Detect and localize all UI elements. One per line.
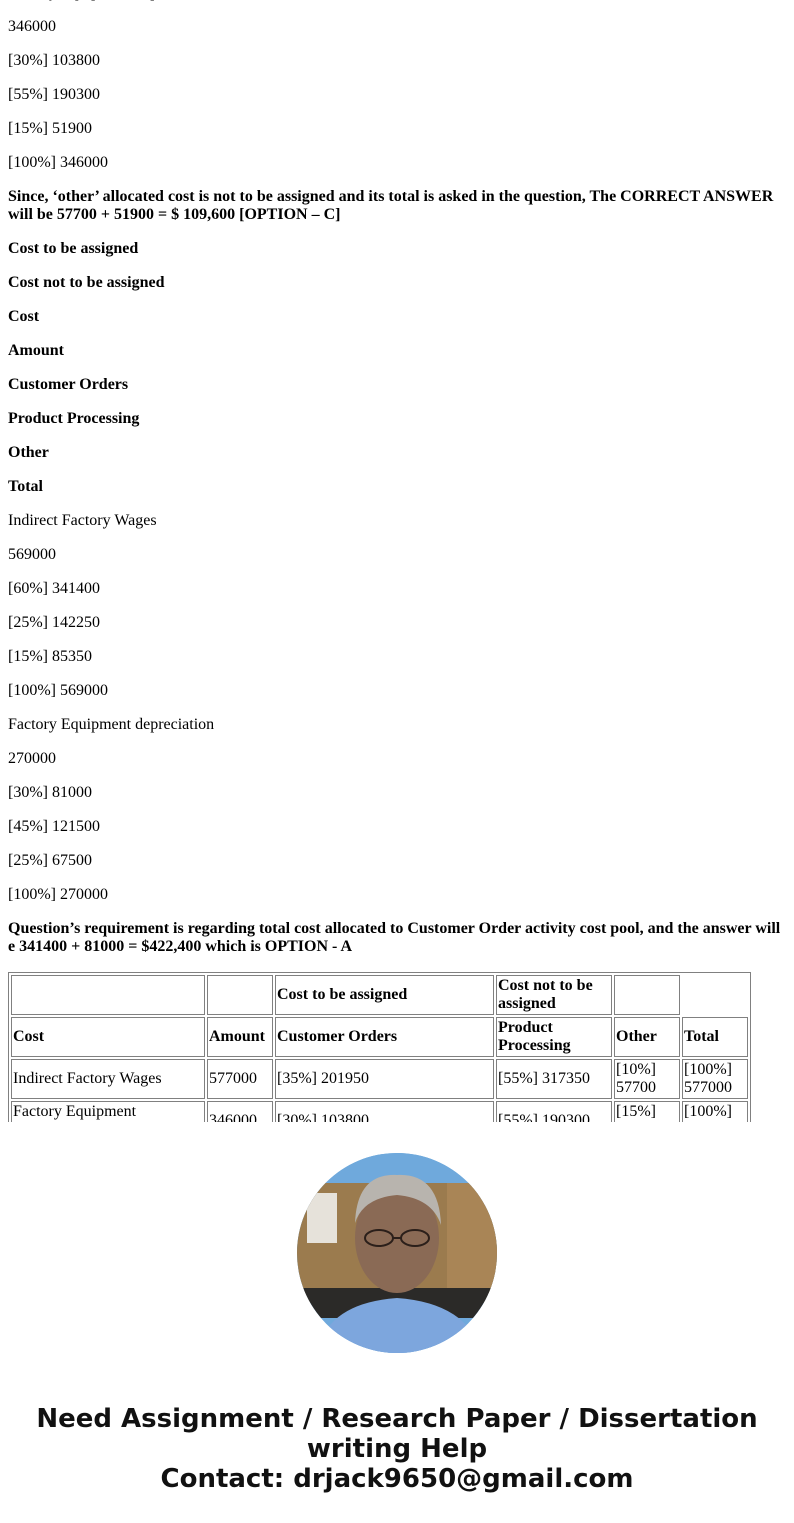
table-header-cell: Customer Orders xyxy=(275,1017,494,1057)
table-cell: [100%] 346000 xyxy=(682,1101,748,1122)
contact-banner: Need Assignment / Research Paper / Disse… xyxy=(0,1404,794,1494)
text-line: [100%] 346000 xyxy=(8,154,786,172)
table-cell xyxy=(207,975,273,1015)
table-row: Indirect Factory Wages 577000 [35%] 2019… xyxy=(11,1059,748,1099)
header-line: Other xyxy=(8,444,786,462)
text-line: 569000 xyxy=(8,546,786,564)
table-cell: Indirect Factory Wages xyxy=(11,1059,205,1099)
cta-headline: Need Assignment / Research Paper / Disse… xyxy=(0,1404,794,1464)
text-line: [30%] 103800 xyxy=(8,52,786,70)
table-cell: 577000 xyxy=(207,1059,273,1099)
allocation-table: Cost to be assigned Cost not to be assig… xyxy=(8,972,751,1122)
table-header-cell: Amount xyxy=(207,1017,273,1057)
header-line: Cost not to be assigned xyxy=(8,274,786,292)
table-cell: [35%] 201950 xyxy=(275,1059,494,1099)
text-line: [25%] 142250 xyxy=(8,614,786,632)
text-line: 270000 xyxy=(8,750,786,768)
text-line: [60%] 341400 xyxy=(8,580,786,598)
text-line: [25%] 67500 xyxy=(8,852,786,870)
text-line: Factory Equipment depreciation xyxy=(8,0,786,2)
table-cell xyxy=(614,975,680,1015)
table-header-cell: Total xyxy=(682,1017,748,1057)
header-line: Total xyxy=(8,478,786,496)
header-line: Amount xyxy=(8,342,786,360)
text-line: [30%] 81000 xyxy=(8,784,786,802)
table-cell xyxy=(11,975,205,1015)
table-cell: Cost not to be assigned xyxy=(496,975,612,1015)
header-line: Product Processing xyxy=(8,410,786,428)
table-cell: [15%] 51900 xyxy=(614,1101,680,1122)
cta-contact-email[interactable]: Contact: drjack9650@gmail.com xyxy=(0,1464,794,1494)
text-line: Indirect Factory Wages xyxy=(8,512,786,530)
table-header-cell: Product Processing xyxy=(496,1017,612,1057)
table-row: Factory Equipment depreciation 346000 [3… xyxy=(11,1101,748,1122)
table-cell: [10%] 57700 xyxy=(614,1059,680,1099)
promo-footer: Need Assignment / Research Paper / Disse… xyxy=(0,1122,794,1523)
answer-paragraph-2: Question’s requirement is regarding tota… xyxy=(8,920,786,956)
table-cell: Cost to be assigned xyxy=(275,975,494,1015)
table-group-header-row: Cost to be assigned Cost not to be assig… xyxy=(11,975,748,1015)
table-header-row: Cost Amount Customer Orders Product Proc… xyxy=(11,1017,748,1057)
document-body: Factory Equipment depreciation 346000 [3… xyxy=(0,0,794,1122)
table-cell: Factory Equipment depreciation xyxy=(11,1101,205,1122)
header-line: Cost to be assigned xyxy=(8,240,786,258)
author-avatar xyxy=(297,1153,497,1353)
text-line: [15%] 51900 xyxy=(8,120,786,138)
text-line: 346000 xyxy=(8,18,786,36)
header-line: Cost xyxy=(8,308,786,326)
table-cell: [100%] 577000 xyxy=(682,1059,748,1099)
table-header-cell: Cost xyxy=(11,1017,205,1057)
person-photo-icon xyxy=(297,1153,497,1353)
text-line: [55%] 190300 xyxy=(8,86,786,104)
table-cell: [55%] 317350 xyxy=(496,1059,612,1099)
table-cell: [55%] 190300 xyxy=(496,1101,612,1122)
text-line: [45%] 121500 xyxy=(8,818,786,836)
text-line: Factory Equipment depreciation xyxy=(8,716,786,734)
text-line: [15%] 85350 xyxy=(8,648,786,666)
text-line: [100%] 270000 xyxy=(8,886,786,904)
answer-paragraph-1: Since, ‘other’ allocated cost is not to … xyxy=(8,188,786,224)
table-cell: [30%] 103800 xyxy=(275,1101,494,1122)
table-header-cell: Other xyxy=(614,1017,680,1057)
header-line: Customer Orders xyxy=(8,376,786,394)
text-line: [100%] 569000 xyxy=(8,682,786,700)
table-cell: 346000 xyxy=(207,1101,273,1122)
